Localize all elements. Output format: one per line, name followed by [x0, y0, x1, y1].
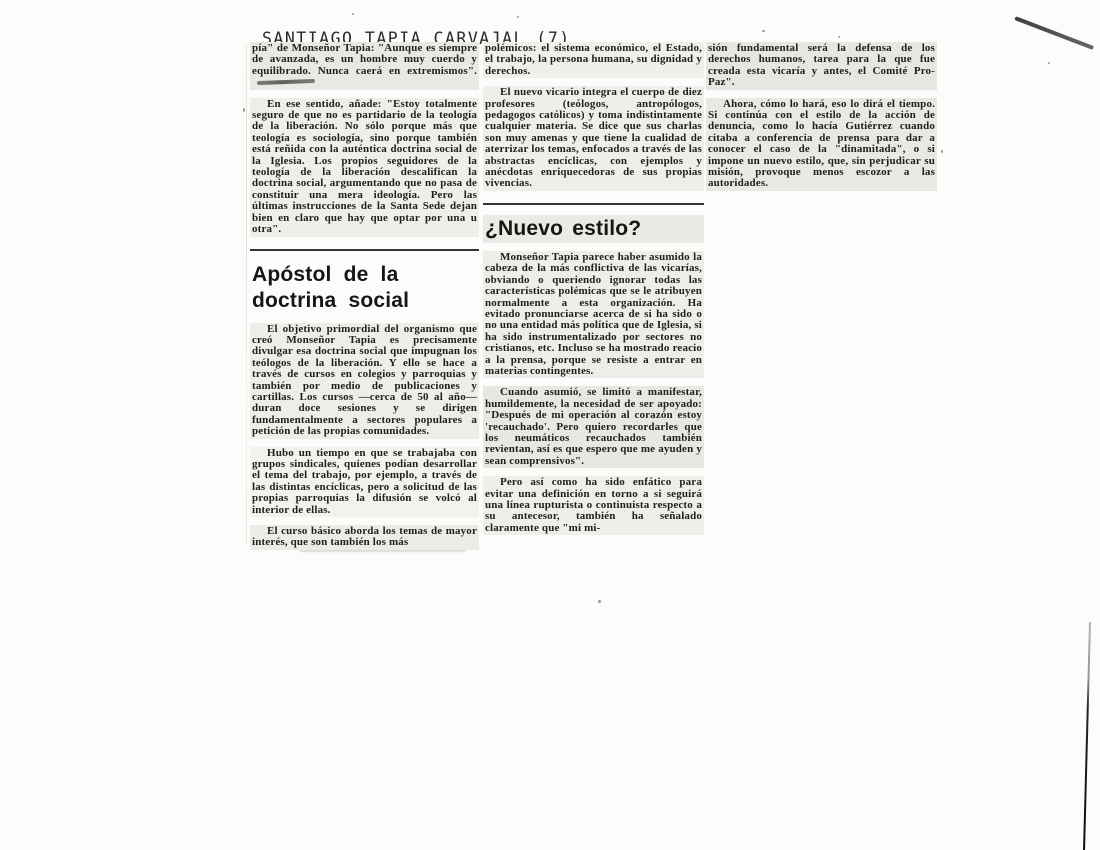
- paragraph: El objetivo primordial del organismo que…: [250, 323, 479, 439]
- paragraph: Cuando asumió, se limitó a manifestar, h…: [483, 386, 704, 468]
- clipping-left-edge: [246, 44, 247, 544]
- scan-line-vertical: [1083, 622, 1091, 850]
- heading-line: Apóstol de la: [252, 263, 398, 286]
- paragraph: Monseñor Tapia parece haber asumido la c…: [483, 251, 704, 378]
- noise-speck: [762, 30, 765, 32]
- scribble-mark: [257, 79, 315, 85]
- scanned-newspaper-page: { "header": { "title_pre": "SANTIAGO ", …: [0, 0, 1100, 850]
- article-column-3: sión fundamental será la defensa de los …: [706, 42, 937, 199]
- paragraph: Hubo un tiempo en que se trabajaba con g…: [250, 447, 479, 517]
- noise-speck: [352, 13, 354, 15]
- noise-speck: [941, 150, 943, 153]
- noise-speck: [838, 36, 840, 38]
- section-heading-nuevo-estilo: ¿Nuevo estilo?: [483, 215, 704, 243]
- paragraph-text: pía" de Monseñor Tapia: "Aunque es siemp…: [252, 42, 477, 77]
- noise-speck: [1048, 62, 1050, 64]
- heading-line: doctrina social: [252, 289, 409, 312]
- paragraph: El curso básico aborda los temas de mayo…: [250, 525, 479, 550]
- noise-speck: [517, 16, 519, 18]
- article-column-2: polémicos: el sistema económico, el Esta…: [483, 42, 704, 543]
- paragraph: sión fundamental será la defensa de los …: [706, 42, 937, 90]
- paragraph: pía" de Monseñor Tapia: "Aunque es siemp…: [250, 42, 479, 90]
- paragraph: polémicos: el sistema económico, el Esta…: [483, 42, 704, 78]
- paragraph: En ese sentido, añade: "Estoy totalmente…: [250, 98, 479, 237]
- section-heading-apostol: Apóstol de la doctrina social: [250, 261, 479, 315]
- paragraph: El nuevo vicario integra el cuerpo de di…: [483, 86, 704, 191]
- paragraph: Ahora, cómo lo hará, eso lo dirá el tiem…: [706, 98, 937, 191]
- section-divider: [483, 203, 704, 205]
- paragraph: Pero así como ha sido enfático para evit…: [483, 476, 704, 535]
- section-divider: [250, 249, 479, 251]
- pen-stroke-diagonal: [1014, 16, 1094, 50]
- noise-speck: [598, 600, 601, 603]
- article-column-1: pía" de Monseñor Tapia: "Aunque es siemp…: [250, 42, 479, 558]
- noise-speck: [243, 108, 245, 112]
